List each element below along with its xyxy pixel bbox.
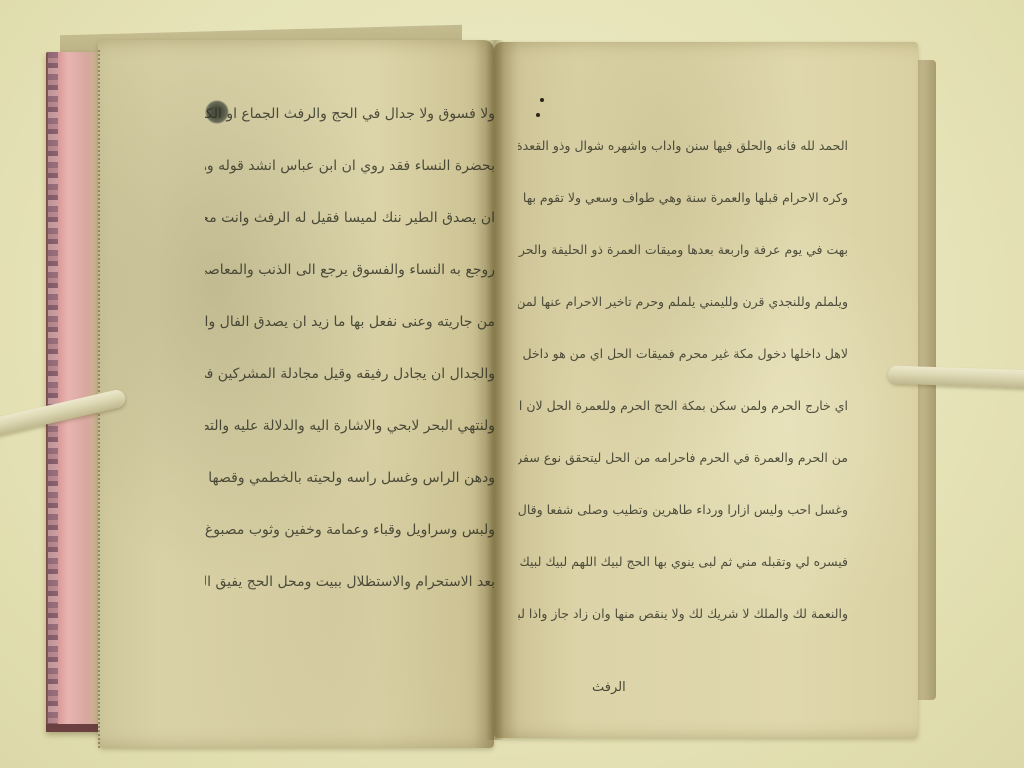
right-page-text: الحمد لله فانه والحلق فيها سنن واداب واش… [518, 132, 848, 652]
text-line: ودهن الراس وغسل راسه ولحيته بالخطمي وقصه… [205, 464, 495, 516]
text-line: اي خارج الحرم ولمن سكن بمكة الحج الحرم و… [518, 392, 848, 444]
text-line: ويلملم وللنجدي قرن ولليمني يلملم وحرم تا… [518, 288, 848, 340]
text-line: ولبس وسراويل وقباء وعمامة وخفين وثوب مصب… [205, 516, 495, 568]
text-line: فيسره لي وتقبله مني ثم لبى ينوي بها الحج… [518, 548, 848, 600]
left-page-text: ولا فسوق ولا جدال في الحج والرفث الجماع … [205, 100, 495, 620]
text-line: والجدال ان يجادل رفيقه وقيل مجادلة المشر… [205, 360, 495, 412]
text-line: بهت في يوم عرفة واربعة بعدها وميقات العم… [518, 236, 848, 288]
text-line: ولنتهي البحر لابحي والاشارة اليه والدلال… [205, 412, 495, 464]
text-line: روجع به النساء والفسوق يرجع الى الذنب وا… [205, 256, 495, 308]
text-line: لاهل داخلها دخول مكة غير محرم فميقات الح… [518, 340, 848, 392]
text-line: وغسل احب وليس ازارا ورداء طاهرين وتطيب و… [518, 496, 848, 548]
manuscript-photo: ولا فسوق ولا جدال في الحج والرفث الجماع … [0, 0, 1024, 768]
worm-hole [540, 98, 544, 102]
text-line: من الحرم والعمرة في الحرم فاحرامه من الح… [518, 444, 848, 496]
text-line: والنعمة لك والملك لا شريك لك ولا ينقص من… [518, 600, 848, 652]
text-line: وكره الاحرام قبلها والعمرة سنة وهي طواف … [518, 184, 848, 236]
worm-hole [536, 113, 540, 117]
text-line: بحضرة النساء فقد روي ان ابن عباس انشد قو… [205, 152, 495, 204]
text-line: ولا فسوق ولا جدال في الحج والرفث الجماع … [205, 100, 495, 152]
text-line: من جاريته وعنى نفعل بها ما زيد ان يصدق ا… [205, 308, 495, 360]
text-line: الحمد لله فانه والحلق فيها سنن واداب واش… [518, 132, 848, 184]
text-line: بعد الاستحرام والاستظلال ببيت ومحل الحج … [205, 568, 495, 620]
text-line: ان يصدق الطير ننك لميسا فقيل له الرفث وا… [205, 204, 495, 256]
catchword: الرفث [592, 680, 626, 695]
